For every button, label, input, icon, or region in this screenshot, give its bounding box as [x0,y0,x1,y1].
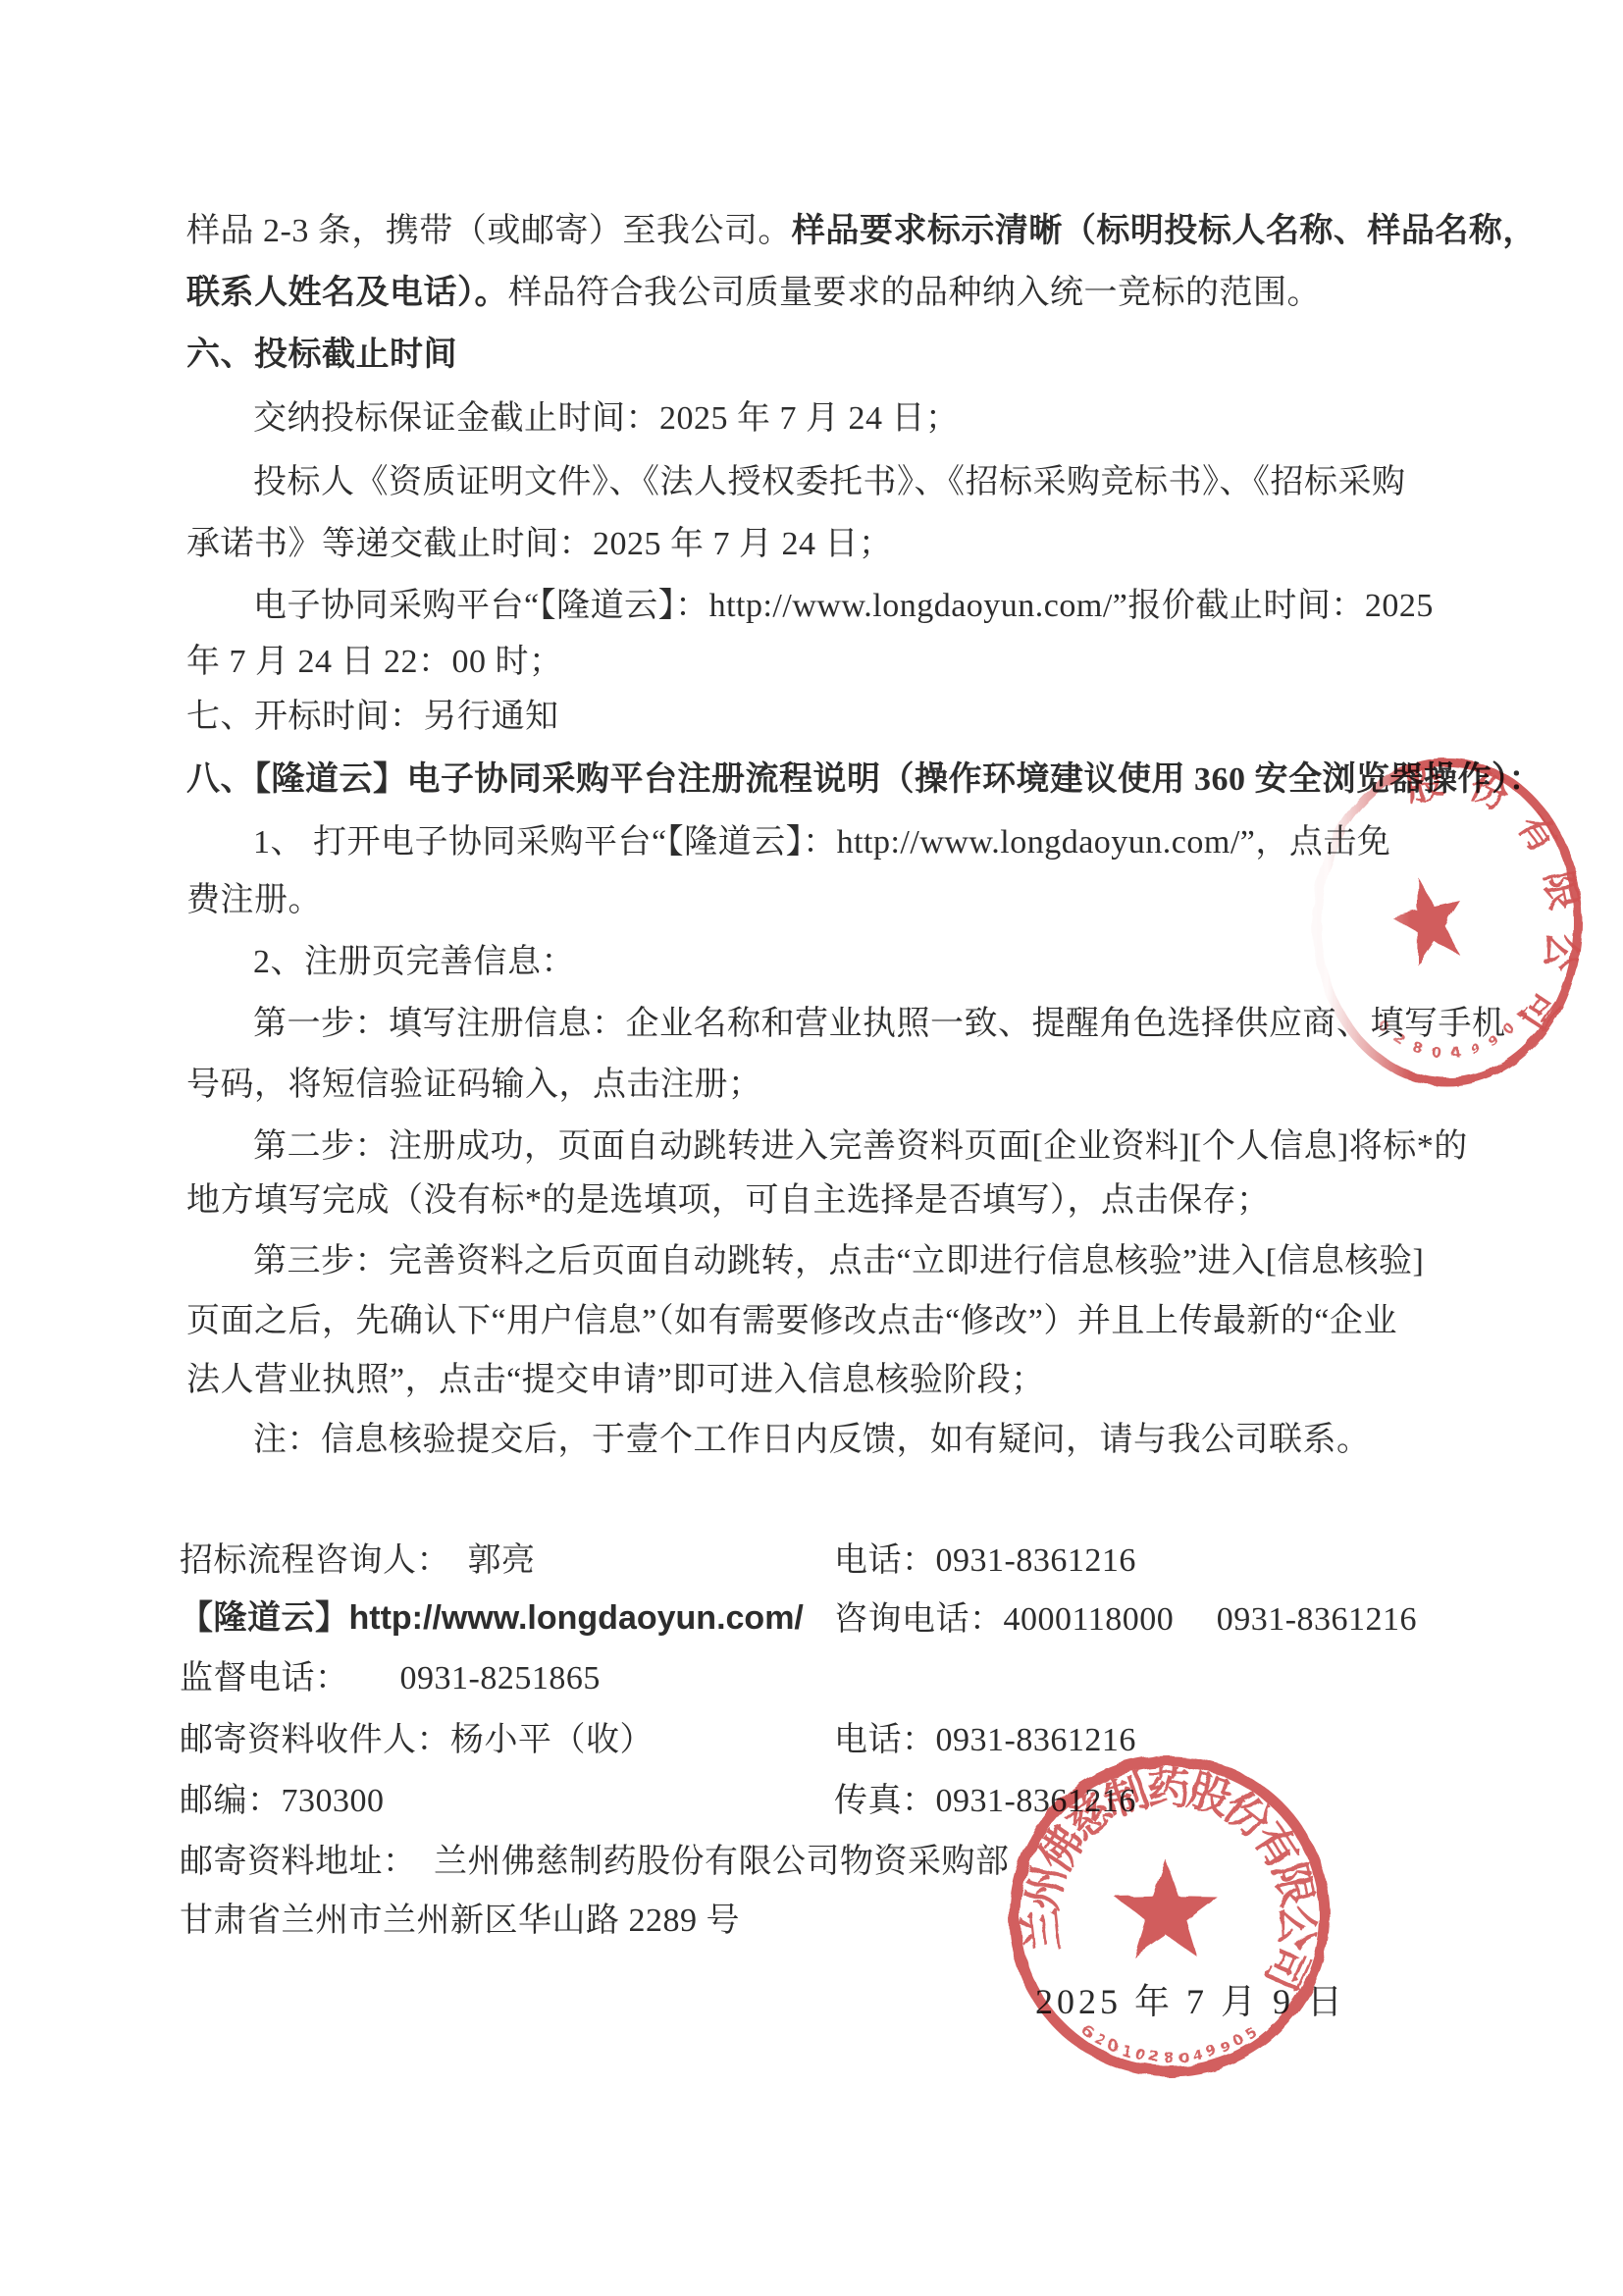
body-text-line: 年 7 月 24 日 22：00 时； [186,643,563,682]
svg-text:6201028049905: 6201028049905 [1078,2021,1261,2066]
text-segment: 交纳投标保证金截止时间：2025 年 7 月 24 日； [253,400,960,437]
body-text-line: 地方填写完成（没有标*的是选填项，可自主选择是否填写），点击保存； [186,1181,1271,1221]
text-segment: 甘肃省兰州市兰州新区华山路 2289 号 [180,1903,740,1939]
text-segment: 传真：0931-8361216 [834,1783,1136,1819]
body-text-line: 费注册。 [186,881,322,920]
text-segment: 地方填写完成（没有标*的是选填项，可自主选择是否填写），点击保存； [186,1182,1271,1219]
body-text-line: 电子协同采购平台“【隆道云】：http://www.longdaoyun.com… [253,587,1434,626]
text-segment: 七、开标时间：另行通知 [186,699,559,735]
contact-line: 邮寄资料地址： 兰州佛慈制药股份有限公司物资采购部 [180,1843,1010,1882]
text-segment: 八、【隆道云】电子协同采购平台注册流程说明（操作环境建议使用 360 安全浏览器… [186,761,1543,798]
seal-star-icon [1385,869,1473,968]
contact-line: 传真：0931-8361216 [834,1782,1136,1821]
body-text-line: 联系人姓名及电话）。样品符合我公司质量要求的品种纳入统一竞标的范围。 [186,274,1321,313]
text-segment: 监督电话： 0931-8251865 [180,1660,601,1696]
contact-line: 【隆道云】http://www.longdaoyun.com/ [180,1598,804,1639]
contact-line: 邮编：730300 [180,1782,385,1821]
document-page: 样品 2-3 条，携带（或邮寄）至我公司。样品要求标示清晰（标明投标人名称、样品… [0,0,1623,2296]
text-segment: 邮编：730300 [180,1783,385,1819]
body-text-line: 投标人《资质证明文件》、《法人授权委托书》、《招标采购竞标书》、《招标采购 [253,463,1406,502]
text-segment: 邮寄资料地址： 兰州佛慈制药股份有限公司物资采购部 [180,1844,1010,1880]
text-segment: 投标人《资质证明文件》、《法人授权委托书》、《招标采购竞标书》、《招标采购 [253,464,1406,500]
text-segment: 第一步：填写注册信息：企业名称和营业执照一致、提醒角色选择供应商、填写手机 [253,1006,1506,1042]
seal-star-icon [1115,1859,1218,1957]
body-text-line: 承诺书》等递交截止时间：2025 年 7 月 24 日； [186,525,893,564]
text-segment: 页面之后，先确认下“用户信息”（如有需要修改点击“修改”）并且上传最新的“企业 [186,1303,1397,1339]
seal-icon: 兰州佛慈制药股份有限公司 6201028049905 [964,1710,1376,2122]
text-segment: 年 7 月 24 日 22：00 时； [186,644,563,680]
body-text-line: 第三步：完善资料之后页面自动跳转，点击“立即进行信息核验”进入[信息核验] [253,1242,1424,1281]
text-segment: 邮寄资料收件人：杨小平（收） [180,1722,654,1758]
text-segment: 咨询电话：4000118000 0931-8361216 [834,1601,1417,1638]
body-text-line: 样品 2-3 条，携带（或邮寄）至我公司。样品要求标示清晰（标明投标人名称、样品… [186,212,1537,251]
text-segment: 样品 2-3 条，携带（或邮寄）至我公司。 [186,213,792,249]
seal-company-arc-text: 股份有限公司 [1402,761,1584,1036]
body-text-line: 注：信息核验提交后，于壹个工作日内反馈，如有疑问，请与我公司联系。 [253,1421,1371,1460]
text-segment: 第二步：注册成功，页面自动跳转进入完善资料页面[企业资料][个人信息]将标*的 [253,1128,1468,1165]
text-segment: http://www.longdaoyun.com/ [349,1599,804,1637]
text-segment: 电子协同采购平台“【隆道云】：http://www.longdaoyun.com… [253,588,1434,624]
text-segment: 费注册。 [186,882,322,918]
seal-icon: 股份有限公司 028049905 [1261,677,1623,1168]
body-text-line: 第一步：填写注册信息：企业名称和营业执照一致、提醒角色选择供应商、填写手机 [253,1005,1506,1044]
text-segment: 1、 打开电子协同采购平台“【隆道云】：http://www.longdaoyu… [253,824,1390,861]
text-segment: 样品符合我公司质量要求的品种纳入统一竞标的范围。 [508,275,1321,311]
text-segment: 【隆道云】 [180,1600,349,1637]
partial-seal-stamp: 股份有限公司 028049905 [1261,677,1623,1168]
contact-line: 电话：0931-8361216 [834,1721,1136,1760]
contact-line: 电话：0931-8361216 [834,1541,1136,1581]
svg-text:股份有限公司: 股份有限公司 [1402,761,1584,1036]
text-segment: 电话：0931-8361216 [834,1722,1136,1758]
text-segment: 承诺书》等递交截止时间：2025 年 7 月 24 日； [186,526,893,562]
body-text-line: 交纳投标保证金截止时间：2025 年 7 月 24 日； [253,399,960,439]
body-text-line: 七、开标时间：另行通知 [186,698,559,737]
contact-line: 招标流程咨询人： 郭亮 [180,1541,536,1581]
text-segment: 2、注册页完善信息： [253,944,575,980]
text-segment: 招标流程咨询人： 郭亮 [180,1542,536,1579]
issue-date: 2025 年 7 月 9 日 [1035,1974,1346,2024]
body-text-line: 法人营业执照”，点击“提交申请”即可进入信息核验阶段； [186,1361,1045,1400]
seal-code-arc-text: 6201028049905 [1078,2021,1261,2066]
body-text-line: 六、投标截止时间 [186,336,457,375]
text-segment: 联系人姓名及电话）。 [186,275,508,311]
body-text-line: 八、【隆道云】电子协同采购平台注册流程说明（操作环境建议使用 360 安全浏览器… [186,760,1543,800]
text-segment: 电话：0931-8361216 [834,1542,1136,1579]
body-text-line: 页面之后，先确认下“用户信息”（如有需要修改点击“修改”）并且上传最新的“企业 [186,1302,1397,1341]
text-segment: 样品要求标示清晰（标明投标人名称、样品名称， [792,213,1537,249]
body-text-line: 第二步：注册成功，页面自动跳转进入完善资料页面[企业资料][个人信息]将标*的 [253,1127,1468,1167]
contact-line: 甘肃省兰州市兰州新区华山路 2289 号 [180,1902,740,1941]
body-text-line: 2、注册页完善信息： [253,943,575,982]
text-segment: 六、投标截止时间 [186,337,457,373]
text-segment: 法人营业执照”，点击“提交申请”即可进入信息核验阶段； [186,1362,1045,1398]
text-segment: 注：信息核验提交后，于壹个工作日内反馈，如有疑问，请与我公司联系。 [253,1422,1371,1458]
body-text-line: 号码，将短信验证码输入，点击注册； [186,1066,762,1105]
company-seal-stamp: 兰州佛慈制药股份有限公司 6201028049905 [964,1710,1376,2122]
contact-line: 咨询电话：4000118000 0931-8361216 [834,1600,1417,1640]
text-segment: 第三步：完善资料之后页面自动跳转，点击“立即进行信息核验”进入[信息核验] [253,1243,1424,1279]
contact-line: 监督电话： 0931-8251865 [180,1659,601,1698]
body-text-line: 1、 打开电子协同采购平台“【隆道云】：http://www.longdaoyu… [253,823,1390,862]
contact-line: 邮寄资料收件人：杨小平（收） [180,1721,654,1760]
text-segment: 号码，将短信验证码输入，点击注册； [186,1067,762,1103]
